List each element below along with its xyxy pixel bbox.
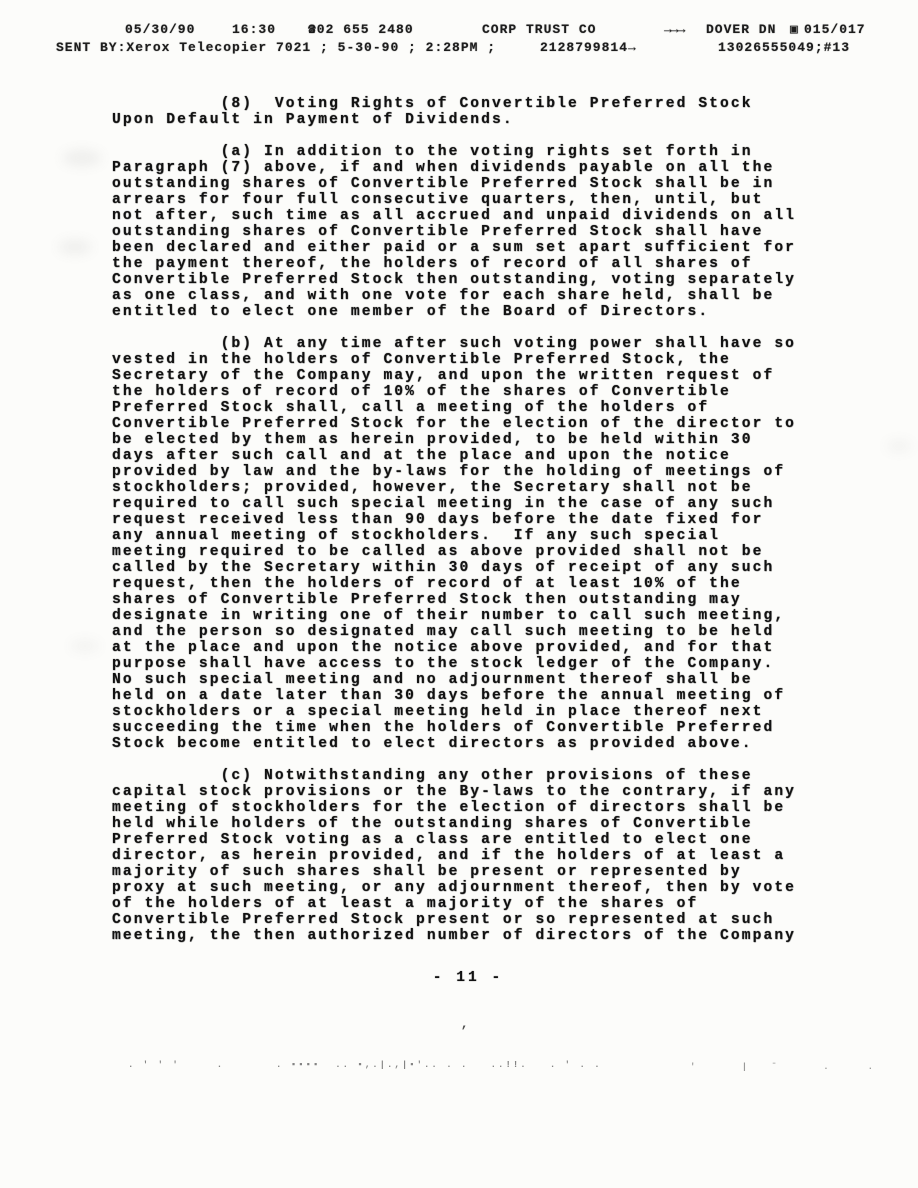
fax-receive-id: 13026555049;#13: [718, 40, 850, 55]
scan-stray-mark: ’: [460, 1024, 468, 1039]
scan-smudge: [70, 640, 100, 652]
scan-smudge: [62, 150, 102, 166]
document-body: (8) Voting Rights of Convertible Preferr…: [112, 96, 824, 986]
fax-destination: DOVER DN: [706, 22, 776, 37]
paragraph-b: (b) At any time after such voting power …: [112, 336, 824, 752]
page-icon: ▣: [790, 22, 799, 37]
page-number: - 11 -: [112, 970, 824, 986]
paragraph-a: (a) In addition to the voting rights set…: [112, 144, 824, 320]
scan-noise-line: . ' ' ' . . ▪▪▪▪ .. ▪,.|.,|▪'.. . . ..!!…: [128, 1060, 602, 1070]
fax-date: 05/30/90: [125, 22, 195, 37]
page-indicator: 015/017: [804, 22, 866, 37]
fax-remote-id: 2128799814→: [540, 40, 637, 55]
transmission-arrows-icon: →→→: [664, 22, 684, 37]
fax-time: 16:30: [232, 22, 276, 37]
fax-sender-name: CORP TRUST CO: [482, 22, 596, 37]
fax-sent-by-line: SENT BY:Xerox Telecopier 7021 ; 5-30-90 …: [56, 40, 496, 55]
scan-smudge: [58, 240, 92, 254]
fax-transmission-header: 05/30/90 16:30 ☎302 655 2480 CORP TRUST …: [0, 0, 918, 64]
paragraph-c: (c) Notwithstanding any other provisions…: [112, 768, 824, 944]
fax-number: 302 655 2480: [308, 22, 414, 37]
scan-noise-line-right: ' | ˉ . . | .. .: [690, 1062, 918, 1072]
scan-smudge: [886, 440, 912, 452]
section-heading: (8) Voting Rights of Convertible Preferr…: [112, 96, 824, 128]
